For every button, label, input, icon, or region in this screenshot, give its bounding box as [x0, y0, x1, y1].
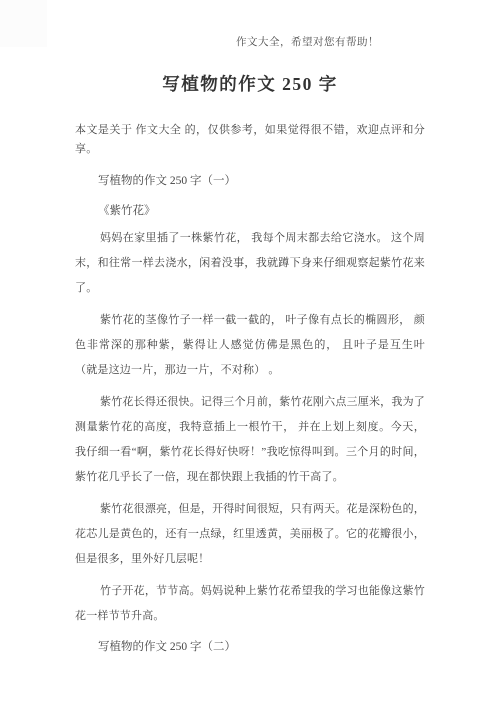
section-1-heading: 写植物的作文 250 字（一）	[75, 173, 425, 189]
essay-paragraph-1: 妈妈在家里插了一株紫竹花， 我每个周末都去给它浇水。 这个周末，和往常一样去浇水…	[75, 226, 425, 301]
page-header-note: 作文大全，希望对您有帮助！	[236, 36, 379, 50]
document-page: 作文大全，希望对您有帮助！ 写植物的作文 250 字 本文是关于 作文大全 的，…	[0, 0, 500, 707]
scan-corner-artifact	[0, 0, 47, 47]
essay-paragraph-2: 紫竹花的茎像竹子一样一截一截的， 叶子像有点长的椭圆形， 颜色非常深的那种紫，紫…	[75, 308, 425, 383]
intro-paragraph: 本文是关于 作文大全 的，仅供参考，如果觉得很不错，欢迎点评和分享。	[75, 121, 425, 159]
essay-paragraph-4: 紫竹花很漂亮，但是，开得时间很短，只有两天。花是深粉色的，花芯儿是黄色的，还有一…	[75, 497, 425, 572]
document-title: 写植物的作文 250 字	[0, 71, 500, 96]
essay-paragraph-3: 紫竹花长得还很快。记得三个月前，紫竹花刚六点三厘米，我为了测量紫竹花的高度，我特…	[75, 390, 425, 490]
essay-title: 《紫竹花》	[75, 203, 425, 219]
essay-paragraph-5: 竹子开花，节节高。妈妈说种上紫竹花希望我的学习也能像这紫竹花一样节节升高。	[75, 579, 425, 629]
section-2-heading: 写植物的作文 250 字（二）	[75, 639, 425, 655]
document-body: 本文是关于 作文大全 的，仅供参考，如果觉得很不错，欢迎点评和分享。 写植物的作…	[75, 121, 425, 655]
